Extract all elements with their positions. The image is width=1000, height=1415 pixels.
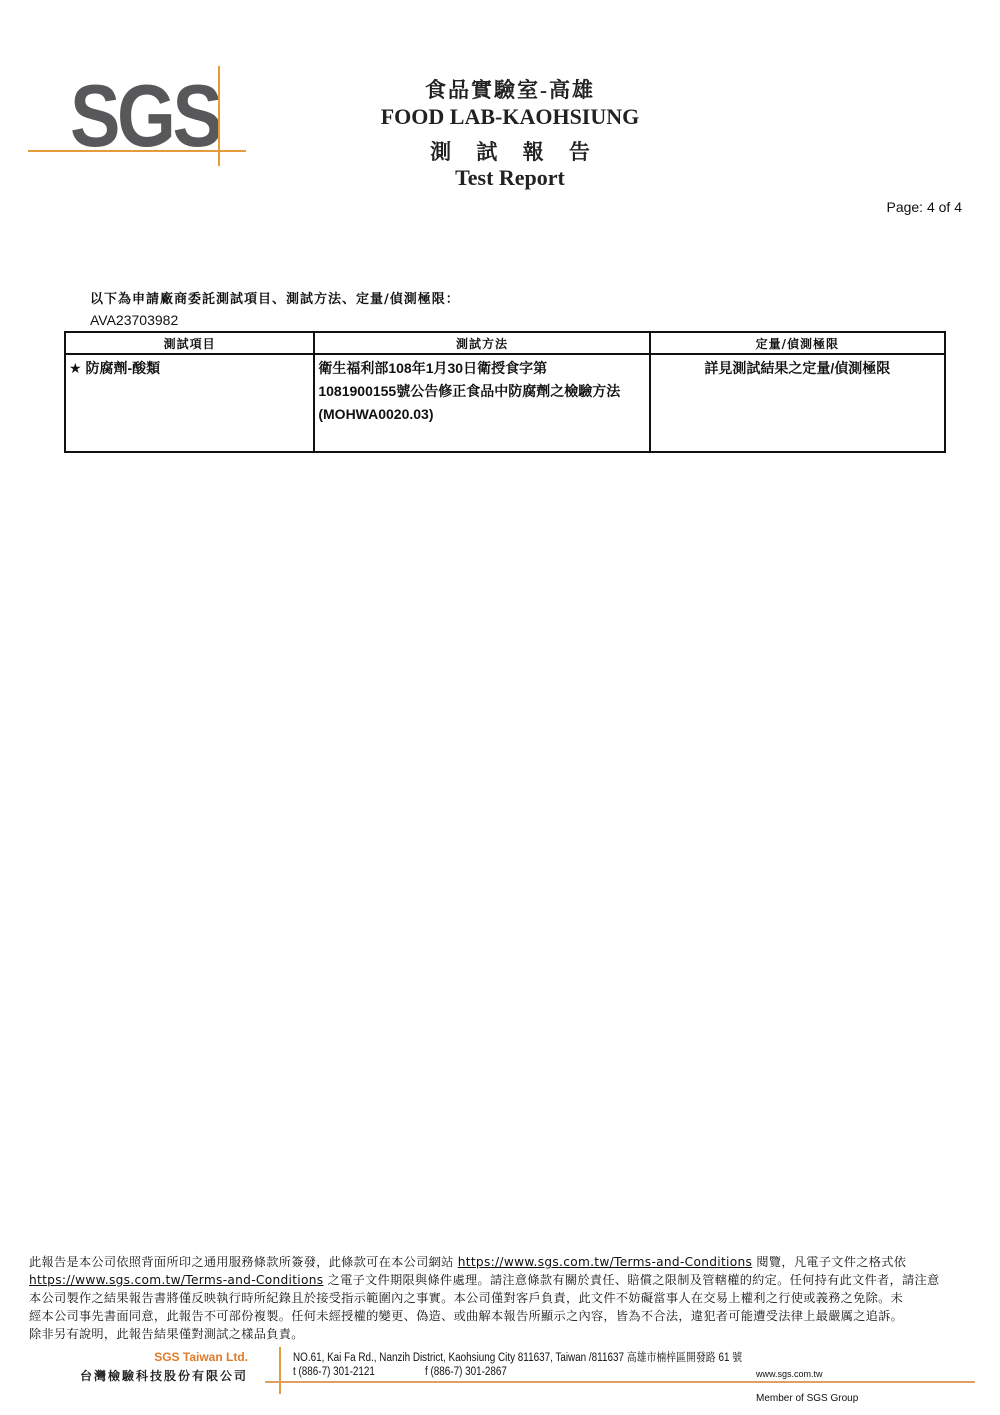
test-method-cell: 衛生福利部108年1月30日衛授食字第 1081900155號公告修正食品中防腐…	[314, 354, 649, 452]
method-line: 1081900155號公告修正食品中防腐劑之檢驗方法	[318, 380, 645, 403]
footer-horizontal-line	[265, 1381, 975, 1383]
header-test-item: 測試項目	[65, 332, 314, 354]
disclaimer-line-5: 除非另有說明，此報告結果僅對測試之樣品負責。	[29, 1325, 979, 1343]
lab-title-cn: 食品實驗室-高雄	[350, 74, 670, 104]
disclaimer-text: 之電子文件期限與條件處理。請注意條款有關於責任、賠償之限制及管轄權的約定。任何持…	[323, 1273, 939, 1287]
detection-limit-cell: 詳見測試結果之定量/偵測極限	[650, 354, 945, 452]
disclaimer-line-1: 此報告是本公司依照背面所印之通用服務條款所簽發，此條款可在本公司網站 https…	[29, 1253, 979, 1271]
terms-link[interactable]: https://www.sgs.com.tw/Terms-and-Conditi…	[458, 1255, 752, 1269]
logo-vertical-line	[218, 66, 220, 166]
method-line: (MOHWA0020.03)	[318, 403, 645, 426]
header-detection-limit: 定量/偵測極限	[650, 332, 945, 354]
lab-title-en: FOOD LAB-KAOHSIUNG	[350, 104, 670, 130]
table-row: ★ 防腐劑-酸類 衛生福利部108年1月30日衛授食字第 1081900155號…	[65, 354, 945, 452]
page-indicator: Page: 4 of 4	[886, 199, 962, 215]
disclaimer-text: 閱覽，凡電子文件之格式依	[752, 1255, 906, 1269]
disclaimer-line-2: https://www.sgs.com.tw/Terms-and-Conditi…	[29, 1271, 979, 1289]
report-number: AVA23703982	[90, 312, 178, 328]
disclaimer: 此報告是本公司依照背面所印之通用服務條款所簽發，此條款可在本公司網站 https…	[29, 1253, 979, 1343]
footer-telephone: t (886-7) 301-2121	[293, 1366, 375, 1378]
disclaimer-text: 此報告是本公司依照背面所印之通用服務條款所簽發，此條款可在本公司網站	[29, 1255, 458, 1269]
footer-fax: f (886-7) 301-2867	[425, 1366, 507, 1378]
footer-member: Member of SGS Group	[756, 1393, 858, 1404]
logo-horizontal-line	[28, 150, 246, 152]
terms-link[interactable]: https://www.sgs.com.tw/Terms-and-Conditi…	[29, 1273, 323, 1287]
footer-company-cn: 台灣檢驗科技股份有限公司	[80, 1367, 248, 1384]
test-item-cell: ★ 防腐劑-酸類	[65, 354, 314, 452]
footer-website[interactable]: www.sgs.com.tw	[756, 1369, 823, 1379]
footer-vertical-line	[279, 1347, 281, 1394]
footer-address: NO.61, Kai Fa Rd., Nanzih District, Kaoh…	[293, 1349, 742, 1365]
disclaimer-line-3: 本公司製作之結果報告書將僅反映執行時所紀錄且於接受指示範圍內之事實。本公司僅對客…	[29, 1289, 979, 1307]
method-line: 衛生福利部108年1月30日衛授食字第	[318, 357, 645, 380]
report-title-en: Test Report	[350, 165, 670, 191]
intro-text: 以下為申請廠商委託測試項目、測試方法、定量/偵測極限：	[90, 288, 460, 307]
report-title-cn: 測 試 報 告	[350, 136, 670, 166]
disclaimer-line-4: 經本公司事先書面同意，此報告不可部份複製。任何未經授權的變更、偽造、或曲解本報告…	[29, 1307, 979, 1325]
test-items-table: 測試項目 測試方法 定量/偵測極限 ★ 防腐劑-酸類 衛生福利部108年1月30…	[64, 331, 946, 453]
header-test-method: 測試方法	[314, 332, 649, 354]
sgs-logo: SGS	[28, 66, 248, 166]
table-header-row: 測試項目 測試方法 定量/偵測極限	[65, 332, 945, 354]
logo-text: SGS	[70, 76, 220, 156]
footer-company-en: SGS Taiwan Ltd.	[154, 1350, 248, 1364]
